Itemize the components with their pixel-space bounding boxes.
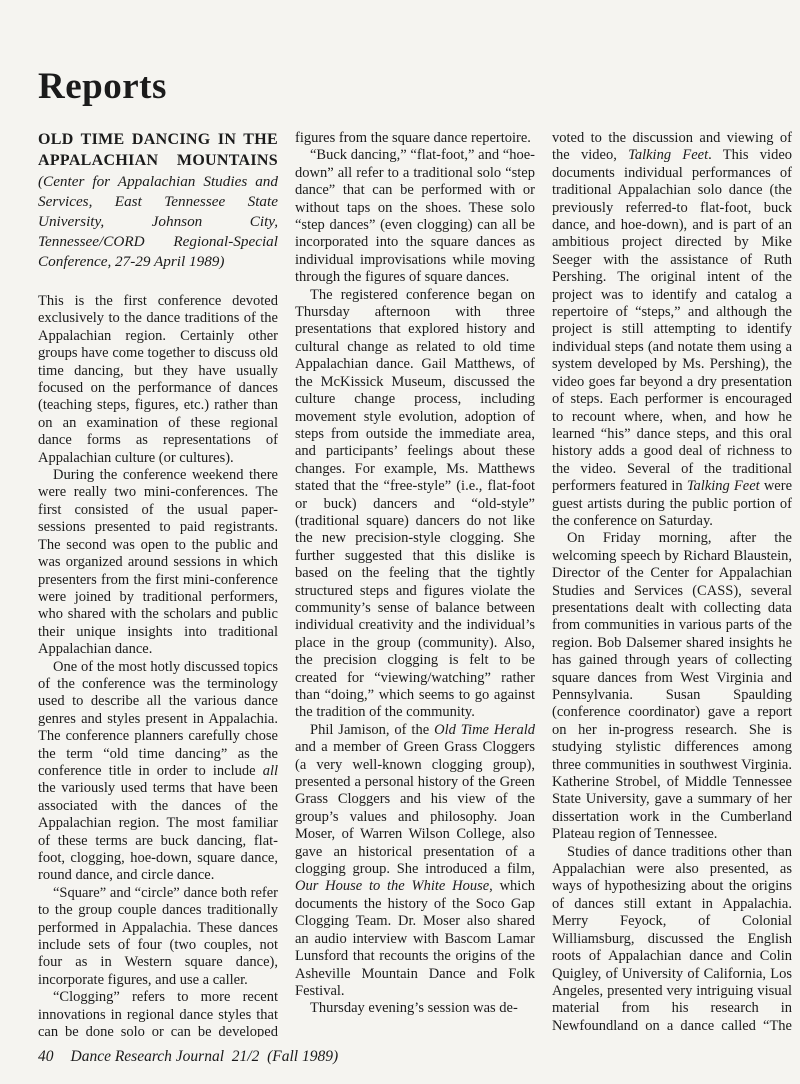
paragraph: This is the first conference devoted exc… (38, 293, 278, 467)
paragraph: On Friday morning, after the welcoming s… (552, 530, 792, 843)
article-heading-line-2: APPALACHIAN MOUNTAINS (38, 151, 278, 172)
article-heading-line-1: OLD TIME DANCING IN THE (38, 130, 278, 151)
journal-page: Reports OLD TIME DANCING IN THE APPALACH… (0, 0, 800, 1084)
article-columns: OLD TIME DANCING IN THE APPALACHIAN MOUN… (38, 130, 792, 1037)
paragraph: The registered conference began on Thurs… (295, 287, 535, 722)
footer-journal-title: Dance Research Journal 21/2 (Fall 1989) (71, 1048, 339, 1066)
paragraph: voted to the discussion and viewing of t… (552, 130, 792, 530)
paragraph: “Square” and “circle” dance both refer t… (38, 885, 278, 989)
paragraph: One of the most hotly discussed topics o… (38, 659, 278, 885)
paragraph: Thursday evening’s session was de- (295, 1000, 535, 1017)
article-heading: OLD TIME DANCING IN THE APPALACHIAN MOUN… (38, 130, 278, 171)
column-1: OLD TIME DANCING IN THE APPALACHIAN MOUN… (38, 130, 278, 1037)
column-2: figures from the square dance repertoire… (295, 130, 535, 1037)
paragraph: Phil Jamison, of the Old Time Herald and… (295, 722, 535, 1001)
page-footer: 40 Dance Research Journal 21/2 (Fall 198… (38, 1048, 338, 1066)
paragraph: “Buck dancing,” “flat-foot,” and “hoe-do… (295, 147, 535, 286)
paragraph: “Clogging” refers to more recent innovat… (38, 989, 278, 1037)
paragraph: figures from the square dance repertoire… (295, 130, 535, 147)
column-3: voted to the discussion and viewing of t… (552, 130, 792, 1037)
article-subtitle: (Center for Appalachian Studies and Serv… (38, 172, 278, 272)
paragraph: Studies of dance traditions other than A… (552, 844, 792, 1037)
footer-page-number: 40 (38, 1048, 54, 1066)
page-title: Reports (38, 65, 167, 108)
paragraph: During the conference weekend there were… (38, 467, 278, 658)
